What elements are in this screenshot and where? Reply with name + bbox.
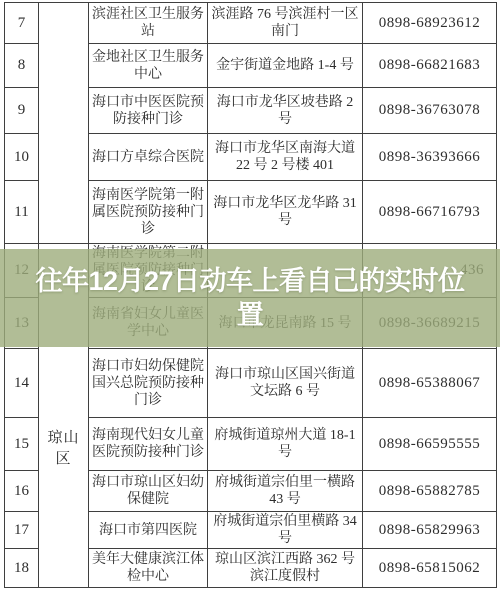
clinic-name-cell: 美年大健康滨江体检中心 (89, 549, 208, 588)
clinic-name-cell: 海南医学院第一附属医院预防接种门诊 (89, 181, 208, 244)
phone-cell: 0898-36393666 (363, 134, 497, 181)
address-cell: 海口市龙华区龙华路 31 号 (208, 181, 363, 244)
watermark-overlay: 往年12月27日动车上看自己的实时位 置 (0, 249, 500, 347)
phone-cell: 0898-66595555 (363, 418, 497, 471)
address-cell: 滨涯路 76 号滨涯村一区南门 (208, 3, 363, 44)
phone-cell: 0898-65829963 (363, 512, 497, 549)
row-number-cell: 18 (5, 549, 39, 588)
address-cell: 海口市龙华区坡巷路 2 号 (208, 88, 363, 134)
phone-cell: 0898-65815062 (363, 549, 497, 588)
clinic-name-cell: 海口方卓综合医院 (89, 134, 208, 181)
phone-cell: 0898-65388067 (363, 349, 497, 418)
row-number-cell: 10 (5, 134, 39, 181)
address-cell: 金宇街道金地路 1-4 号 (208, 44, 363, 88)
clinic-name-cell: 海南现代妇女儿童医院预防接种门诊 (89, 418, 208, 471)
clinic-name-cell: 金地社区卫生服务中心 (89, 44, 208, 88)
clinic-name-cell: 滨涯社区卫生服务站 (89, 3, 208, 44)
row-number-cell: 15 (5, 418, 39, 471)
phone-cell: 0898-66716793 (363, 181, 497, 244)
row-number-cell: 14 (5, 349, 39, 418)
address-cell: 府城街道琼州大道 18-1 号 (208, 418, 363, 471)
address-cell: 府城街道宗伯里一横路 43 号 (208, 471, 363, 512)
row-number-cell: 17 (5, 512, 39, 549)
phone-cell: 0898-68923612 (363, 3, 497, 44)
address-cell: 府城街道宗伯里横路 34 号 (208, 512, 363, 549)
phone-cell: 0898-36763078 (363, 88, 497, 134)
screenshot-page: 7 滨涯社区卫生服务站 滨涯路 76 号滨涯村一区南门 0898-6892361… (0, 0, 500, 590)
row-number-cell: 8 (5, 44, 39, 88)
address-cell: 海口市龙华区南海大道 22 号 2 号楼 401 (208, 134, 363, 181)
clinic-name-cell: 海口市琼山区妇幼保健院 (89, 471, 208, 512)
address-cell: 海口市琼山区国兴街道文坛路 6 号 (208, 349, 363, 418)
district-cell-upper (39, 3, 89, 244)
row-number-cell: 9 (5, 88, 39, 134)
row-number-cell: 11 (5, 181, 39, 244)
phone-cell: 0898-66821683 (363, 44, 497, 88)
clinic-name-cell: 海口市第四医院 (89, 512, 208, 549)
row-number-cell: 7 (5, 3, 39, 44)
clinic-name-cell: 海口市妇幼保健院国兴总院预防接种门诊 (89, 349, 208, 418)
row-number-cell: 16 (5, 471, 39, 512)
phone-cell: 0898-65882785 (363, 471, 497, 512)
watermark-title-line2: 置 (237, 298, 264, 332)
table-row: 7 滨涯社区卫生服务站 滨涯路 76 号滨涯村一区南门 0898-6892361… (5, 3, 497, 44)
clinic-name-cell: 海口市中医医院预防接种门诊 (89, 88, 208, 134)
address-cell: 琼山区滨江西路 362 号滨江度假村 (208, 549, 363, 588)
watermark-title-line1: 往年12月27日动车上看自己的实时位 (35, 264, 464, 298)
